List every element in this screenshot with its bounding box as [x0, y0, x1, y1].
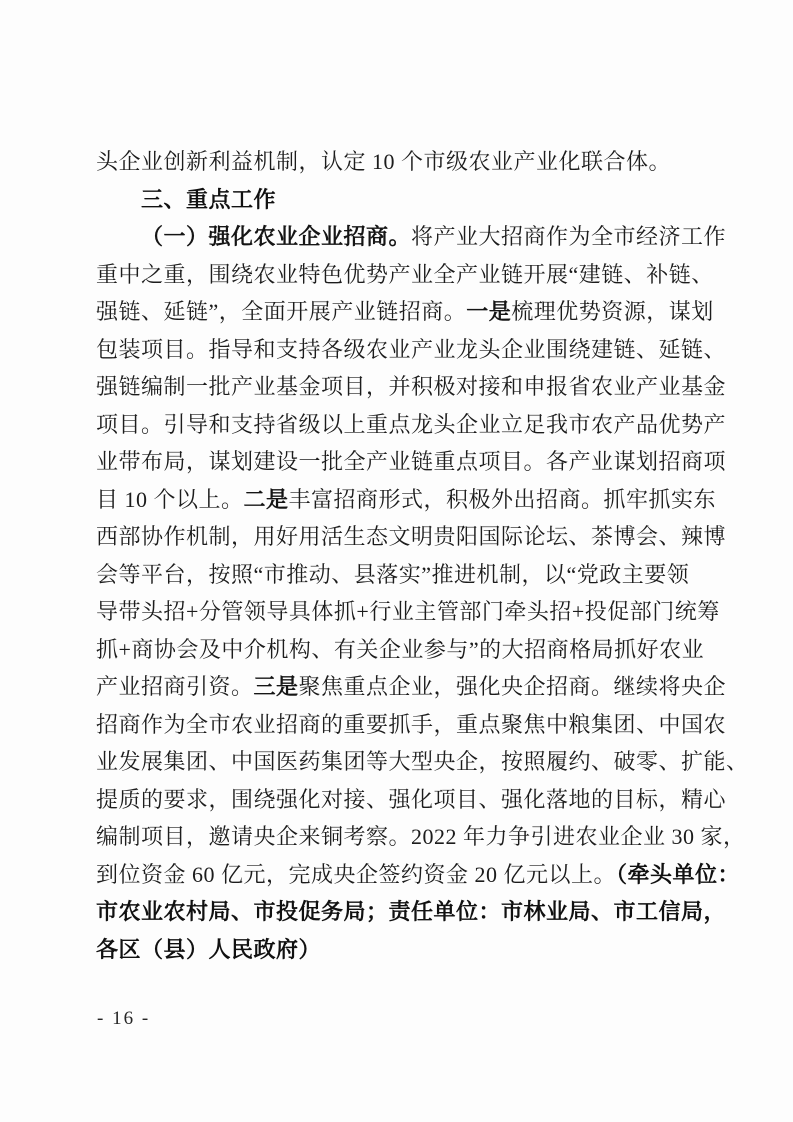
- text-run: 将产业大招商作为全市经济工作: [411, 224, 726, 249]
- responsible-unit-run: （牵头单位：: [616, 862, 740, 887]
- text-run: 抓+商协会及中介机构、有关企业参与”的大招商格局抓好农业: [96, 637, 704, 662]
- text-run: 提质的要求，围绕强化对接、强化项目、强化落地的目标，精心: [96, 787, 726, 812]
- body-text-line: 到位资金 60 亿元，完成央企签约资金 20 亿元以上。（牵头单位：: [96, 856, 708, 894]
- text-run: 项目。引导和支持省级以上重点龙头企业立足我市农产品优势产: [96, 412, 726, 437]
- responsible-unit-line: 各区（县）人民政府）: [96, 931, 708, 969]
- body-text-line: 提质的要求，围绕强化对接、强化项目、强化落地的目标，精心: [96, 781, 708, 819]
- body-text-line: 抓+商协会及中介机构、有关企业参与”的大招商格局抓好农业: [96, 631, 708, 669]
- body-text-line: 会等平台，按照“市推动、县落实”推进机制，以“党政主要领: [96, 556, 708, 594]
- body-text-line: 业发展集团、中国医药集团等大型央企，按照履约、破零、扩能、: [96, 743, 708, 781]
- body-text-line: 编制项目，邀请央企来铜考察。2022 年力争引进农业企业 30 家，: [96, 818, 708, 856]
- section-heading: 三、重点工作: [96, 181, 708, 219]
- ordinal-emphasis-run: 二是: [244, 487, 289, 512]
- body-text-line: 导带头招+分管领导具体抓+行业主管部门牵头招+投促部门统筹: [96, 593, 708, 631]
- text-run: 业发展集团、中国医药集团等大型央企，按照履约、破零、扩能、: [96, 749, 749, 774]
- body-text-line: 西部协作机制，用好用活生态文明贵阳国际论坛、茶博会、辣博: [96, 518, 708, 556]
- text-run: 重中之重，围绕农业特色优势产业全产业链开展“建链、补链、: [96, 262, 714, 287]
- text-run: 强链编制一批产业基金项目，并积极对接和申报省农业产业基金: [96, 374, 726, 399]
- body-text-line: 强链编制一批产业基金项目，并积极对接和申报省农业产业基金: [96, 368, 708, 406]
- responsible-unit-line: 市农业农村局、市投促务局；责任单位：市林业局、市工信局，: [96, 893, 708, 931]
- text-run: 产业招商引资。: [96, 674, 254, 699]
- body-text-line: 招商作为全市农业招商的重要抓手，重点聚焦中粮集团、中国农: [96, 706, 708, 744]
- body-text-line: 产业招商引资。三是聚焦重点企业，强化央企招商。继续将央企: [96, 668, 708, 706]
- text-run: 业带布局，谋划建设一批全产业链重点项目。各产业谋划招商项: [96, 449, 726, 474]
- responsible-unit-run: 各区（县）人民政府）: [96, 937, 321, 962]
- text-run: 聚焦重点企业，强化央企招商。继续将央企: [299, 674, 727, 699]
- text-run: 丰富招商形式，积极外出招商。抓牢抓实东: [289, 487, 717, 512]
- body-text-line: 重中之重，围绕农业特色优势产业全产业链开展“建链、补链、: [96, 256, 708, 294]
- text-run: 目 10 个以上。: [96, 487, 244, 512]
- page-number: - 16 -: [97, 1008, 150, 1030]
- ordinal-emphasis-run: 一是: [466, 299, 511, 324]
- ordinal-emphasis-run: 三是: [254, 674, 299, 699]
- text-run: 编制项目，邀请央企来铜考察。2022 年力争引进农业企业 30 家，: [96, 824, 746, 849]
- text-run: 到位资金 60 亿元，完成央企签约资金 20 亿元以上。: [96, 862, 616, 887]
- text-run: 西部协作机制，用好用活生态文明贵阳国际论坛、茶博会、辣博: [96, 524, 726, 549]
- body-text-line: 包装项目。指导和支持各级农业产业龙头企业围绕建链、延链、: [96, 331, 708, 369]
- body-text-line: 目 10 个以上。二是丰富招商形式，积极外出招商。抓牢抓实东: [96, 481, 708, 519]
- body-text-line: 项目。引导和支持省级以上重点龙头企业立足我市农产品优势产: [96, 406, 708, 444]
- document-body: 头企业创新利益机制，认定 10 个市级农业产业化联合体。 三、重点工作 （一）强…: [96, 143, 708, 968]
- subsection-start-line: （一）强化农业企业招商。将产业大招商作为全市经济工作: [96, 218, 708, 256]
- subsection-title-run: （一）强化农业企业招商。: [141, 224, 411, 249]
- section-heading-run: 三、重点工作: [141, 187, 276, 212]
- text-run: 招商作为全市农业招商的重要抓手，重点聚焦中粮集团、中国农: [96, 712, 726, 737]
- text-run: 头企业创新利益机制，认定 10 个市级农业产业化联合体。: [96, 149, 671, 174]
- body-text-line: 强链、延链”，全面开展产业链招商。一是梳理优势资源，谋划: [96, 293, 708, 331]
- text-run: 会等平台，按照“市推动、县落实”推进机制，以“党政主要领: [96, 562, 689, 587]
- responsible-unit-run: 市农业农村局、市投促务局；责任单位：市林业局、市工信局，: [96, 899, 726, 924]
- text-run: 导带头招+分管领导具体抓+行业主管部门牵头招+投促部门统筹: [96, 599, 720, 624]
- body-text-line: 业带布局，谋划建设一批全产业链重点项目。各产业谋划招商项: [96, 443, 708, 481]
- body-text-line: 头企业创新利益机制，认定 10 个市级农业产业化联合体。: [96, 143, 708, 181]
- text-run: 包装项目。指导和支持各级农业产业龙头企业围绕建链、延链、: [96, 337, 726, 362]
- text-run: 梳理优势资源，谋划: [511, 299, 714, 324]
- document-page: 头企业创新利益机制，认定 10 个市级农业产业化联合体。 三、重点工作 （一）强…: [0, 0, 793, 1122]
- text-run: 强链、延链”，全面开展产业链招商。: [96, 299, 466, 324]
